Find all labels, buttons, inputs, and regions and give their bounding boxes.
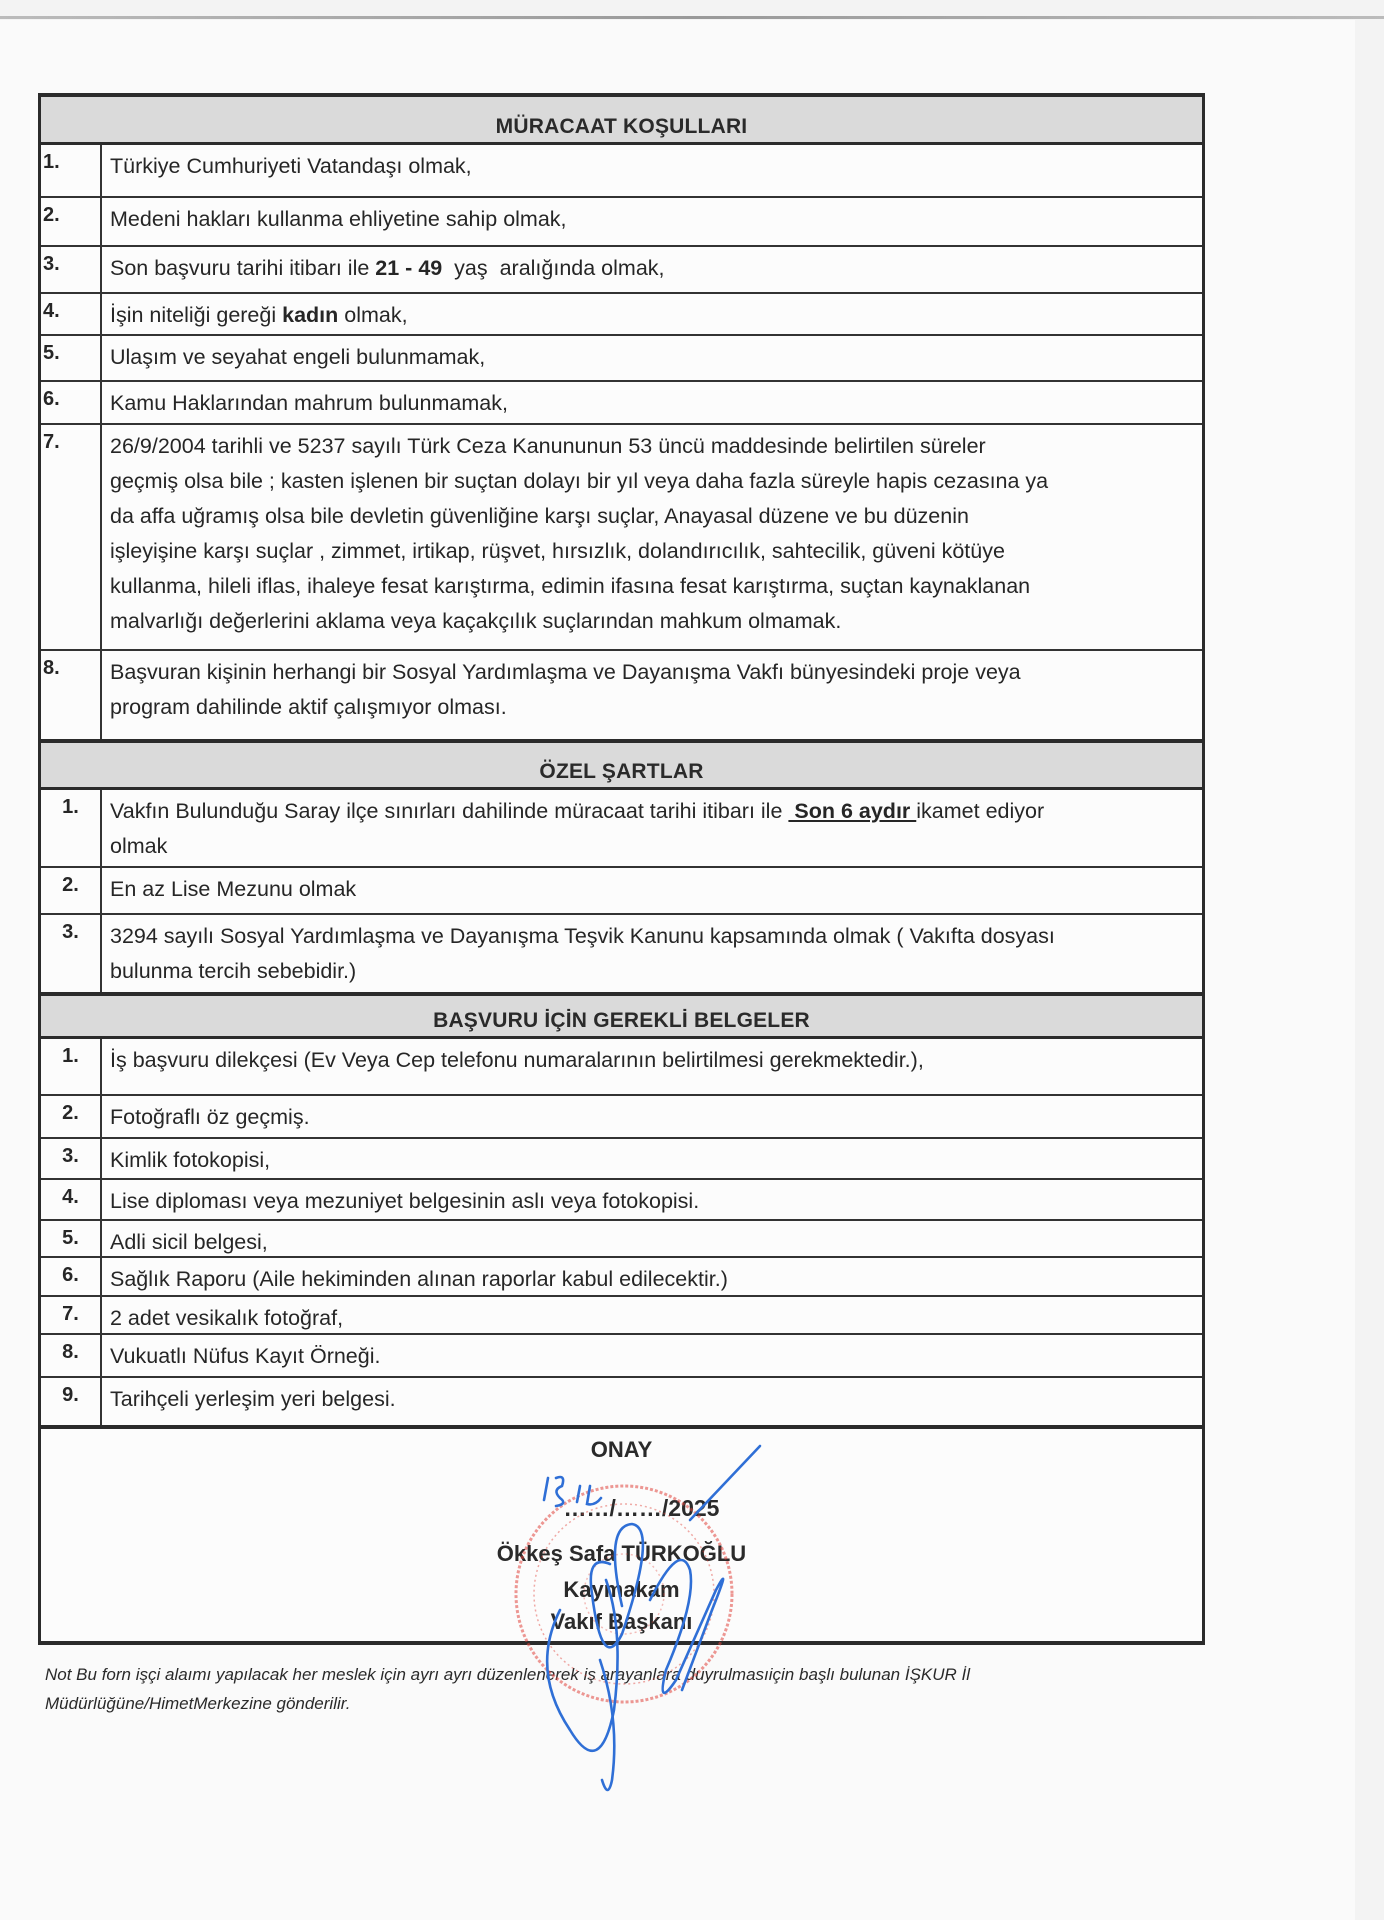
bold-segment: kadın	[282, 303, 338, 327]
text-line: 3294 sayılı Sosyal Yardımlaşma ve Dayanı…	[110, 919, 1196, 954]
row-text: Lise diploması veya mezuniyet belgesinin…	[110, 1184, 1196, 1219]
text-line: program dahilinde aktif çalışmıyor olmas…	[110, 690, 1196, 725]
row-text: Son başvuru tarihi itibarı ile 21 - 49 y…	[110, 251, 1196, 286]
table-row: 5.Ulaşım ve seyahat engeli bulunmamak,	[41, 334, 1202, 380]
row-number: 5.	[41, 1221, 102, 1256]
row-number: 6.	[41, 1258, 102, 1295]
row-number: 3.	[41, 915, 102, 992]
text-line: Son başvuru tarihi itibarı ile 21 - 49 y…	[110, 251, 1196, 286]
row-number: 4.	[41, 294, 102, 334]
row-text: Vakfın Bulunduğu Saray ilçe sınırları da…	[110, 794, 1196, 864]
text-line: Kamu Haklarından mahrum bulunmamak,	[110, 386, 1196, 421]
text-line: Kimlik fotokopisi,	[110, 1143, 1196, 1178]
text-segment: Vakfın Bulunduğu Saray ilçe sınırları da…	[110, 799, 788, 823]
text-line: En az Lise Mezunu olmak	[110, 872, 1196, 907]
text-segment: İşin niteliği gereği	[110, 303, 282, 327]
section-header: BAŞVURU İÇİN GEREKLİ BELGELER	[41, 992, 1202, 1039]
section-title: ÖZEL ŞARTLAR	[41, 760, 1202, 784]
table-row: 2.Medeni hakları kullanma ehliyetine sah…	[41, 196, 1202, 245]
row-text: En az Lise Mezunu olmak	[110, 872, 1196, 907]
table-row: 7.2 adet vesikalık fotoğraf,	[41, 1295, 1202, 1333]
section-header: MÜRACAAT KOŞULLARI	[41, 93, 1202, 145]
table-row: 2.Fotoğraflı öz geçmiş.	[41, 1094, 1202, 1137]
text-line: 26/9/2004 tarihli ve 5237 sayılı Türk Ce…	[110, 429, 1196, 464]
section-title: BAŞVURU İÇİN GEREKLİ BELGELER	[41, 1009, 1202, 1033]
table-row: 7.26/9/2004 tarihli ve 5237 sayılı Türk …	[41, 423, 1202, 649]
table-row: 9.Tarihçeli yerleşim yeri belgesi.	[41, 1376, 1202, 1425]
row-text: İş başvuru dilekçesi (Ev Veya Cep telefo…	[110, 1043, 1196, 1078]
table-row: 1.İş başvuru dilekçesi (Ev Veya Cep tele…	[41, 1039, 1202, 1094]
row-number: 4.	[41, 1180, 102, 1219]
text-line: Tarihçeli yerleşim yeri belgesi.	[110, 1382, 1196, 1417]
row-text: Ulaşım ve seyahat engeli bulunmamak,	[110, 340, 1196, 375]
row-number: 7.	[41, 425, 102, 649]
approval-title: ONAY	[41, 1437, 1202, 1463]
row-number: 6.	[41, 382, 102, 423]
row-text: Fotoğraflı öz geçmiş.	[110, 1100, 1196, 1135]
table-row: 3.Kimlik fotokopisi,	[41, 1137, 1202, 1178]
bold-segment: 21 - 49	[375, 256, 442, 280]
footnote-line-2: Müdürlüğüne/HimetMerkezine gönderilir.	[45, 1694, 351, 1714]
row-number: 8.	[41, 651, 102, 739]
row-text: Medeni hakları kullanma ehliyetine sahip…	[110, 202, 1196, 237]
text-line: Medeni hakları kullanma ehliyetine sahip…	[110, 202, 1196, 237]
underlined-segment: Son 6 aydır	[788, 799, 916, 823]
approver-role: Kaymakam	[41, 1577, 1202, 1603]
text-line: Sağlık Raporu (Aile hekiminden alınan ra…	[110, 1262, 1196, 1297]
text-line: da affa uğramış olsa bile devletin güven…	[110, 499, 1196, 534]
text-line: Lise diploması veya mezuniyet belgesinin…	[110, 1184, 1196, 1219]
text-segment: olmak,	[338, 303, 407, 327]
text-line: İş başvuru dilekçesi (Ev Veya Cep telefo…	[110, 1043, 1196, 1078]
section-header: ÖZEL ŞARTLAR	[41, 739, 1202, 790]
row-number: 1.	[41, 145, 102, 196]
table-row: 4.Lise diploması veya mezuniyet belgesin…	[41, 1178, 1202, 1219]
text-line: geçmiş olsa bile ; kasten işlenen bir su…	[110, 464, 1196, 499]
text-line: olmak	[110, 829, 1196, 864]
text-line: Fotoğraflı öz geçmiş.	[110, 1100, 1196, 1135]
section-title: MÜRACAAT KOŞULLARI	[41, 115, 1202, 139]
row-number: 1.	[41, 790, 102, 866]
row-number: 1.	[41, 1039, 102, 1094]
row-number: 5.	[41, 336, 102, 380]
text-line: Adli sicil belgesi,	[110, 1225, 1196, 1260]
row-number: 9.	[41, 1378, 102, 1425]
approval-date: ……/……/2025	[41, 1495, 1202, 1522]
footnote-line-1: Not Bu forn işçi alaımı yapılacak her me…	[45, 1665, 970, 1685]
table-row: 1.Vakfın Bulunduğu Saray ilçe sınırları …	[41, 790, 1202, 866]
row-text: Başvuran kişinin herhangi bir Sosyal Yar…	[110, 655, 1196, 725]
table-row: 4.İşin niteliği gereği kadın olmak,	[41, 292, 1202, 334]
text-line: Türkiye Cumhuriyeti Vatandaşı olmak,	[110, 149, 1196, 184]
text-line: Başvuran kişinin herhangi bir Sosyal Yar…	[110, 655, 1196, 690]
text-line: malvarlığı değerlerini aklama veya kaçak…	[110, 604, 1196, 639]
row-number: 2.	[41, 868, 102, 913]
row-number: 8.	[41, 1335, 102, 1376]
scan-edge-line	[0, 16, 1384, 19]
row-text: Türkiye Cumhuriyeti Vatandaşı olmak,	[110, 149, 1196, 184]
text-line: İşin niteliği gereği kadın olmak,	[110, 298, 1196, 333]
row-text: Tarihçeli yerleşim yeri belgesi.	[110, 1382, 1196, 1417]
approval-box: ONAY ……/……/2025 Ökkeş Safa TÜRKOĞLU Kaym…	[38, 1425, 1205, 1645]
text-line: işleyişine karşı suçlar , zimmet, irtika…	[110, 534, 1196, 569]
table-row: 2.En az Lise Mezunu olmak	[41, 866, 1202, 913]
table-row: 6.Sağlık Raporu (Aile hekiminden alınan …	[41, 1256, 1202, 1295]
text-line: Vakfın Bulunduğu Saray ilçe sınırları da…	[110, 794, 1196, 829]
table-row: 5.Adli sicil belgesi,	[41, 1219, 1202, 1256]
table-row: 3.Son başvuru tarihi itibarı ile 21 - 49…	[41, 245, 1202, 292]
text-line: bulunma tercih sebebidir.)	[110, 954, 1196, 989]
row-text: Kimlik fotokopisi,	[110, 1143, 1196, 1178]
row-text: Kamu Haklarından mahrum bulunmamak,	[110, 386, 1196, 421]
row-text: Vukuatlı Nüfus Kayıt Örneği.	[110, 1339, 1196, 1374]
table-row: 6.Kamu Haklarından mahrum bulunmamak,	[41, 380, 1202, 423]
text-segment: ikamet ediyor	[916, 799, 1044, 823]
row-number: 3.	[41, 247, 102, 292]
text-line: Vukuatlı Nüfus Kayıt Örneği.	[110, 1339, 1196, 1374]
table-row: 1.Türkiye Cumhuriyeti Vatandaşı olmak,	[41, 145, 1202, 196]
approver-title: Vakıf Başkanı	[41, 1609, 1202, 1635]
row-number: 2.	[41, 198, 102, 245]
table-row: 8.Başvuran kişinin herhangi bir Sosyal Y…	[41, 649, 1202, 739]
row-text: 2 adet vesikalık fotoğraf,	[110, 1301, 1196, 1336]
row-number: 3.	[41, 1139, 102, 1178]
text-line: 2 adet vesikalık fotoğraf,	[110, 1301, 1196, 1336]
row-number: 7.	[41, 1297, 102, 1333]
row-text: Adli sicil belgesi,	[110, 1225, 1196, 1260]
row-number: 2.	[41, 1096, 102, 1137]
table-row: 3.3294 sayılı Sosyal Yardımlaşma ve Daya…	[41, 913, 1202, 992]
row-text: İşin niteliği gereği kadın olmak,	[110, 298, 1196, 333]
row-text: 26/9/2004 tarihli ve 5237 sayılı Türk Ce…	[110, 429, 1196, 639]
text-line: Ulaşım ve seyahat engeli bulunmamak,	[110, 340, 1196, 375]
row-text: 3294 sayılı Sosyal Yardımlaşma ve Dayanı…	[110, 919, 1196, 989]
row-text: Sağlık Raporu (Aile hekiminden alınan ra…	[110, 1262, 1196, 1297]
table-row: 8.Vukuatlı Nüfus Kayıt Örneği.	[41, 1333, 1202, 1376]
approver-name: Ökkeş Safa TÜRKOĞLU	[41, 1541, 1202, 1567]
text-line: kullanma, hileli iflas, ihaleye fesat ka…	[110, 569, 1196, 604]
text-segment: Son başvuru tarihi itibarı ile	[110, 256, 375, 280]
requirements-table: MÜRACAAT KOŞULLARI1.Türkiye Cumhuriyeti …	[38, 93, 1205, 1425]
text-segment: yaş aralığında olmak,	[442, 256, 664, 280]
